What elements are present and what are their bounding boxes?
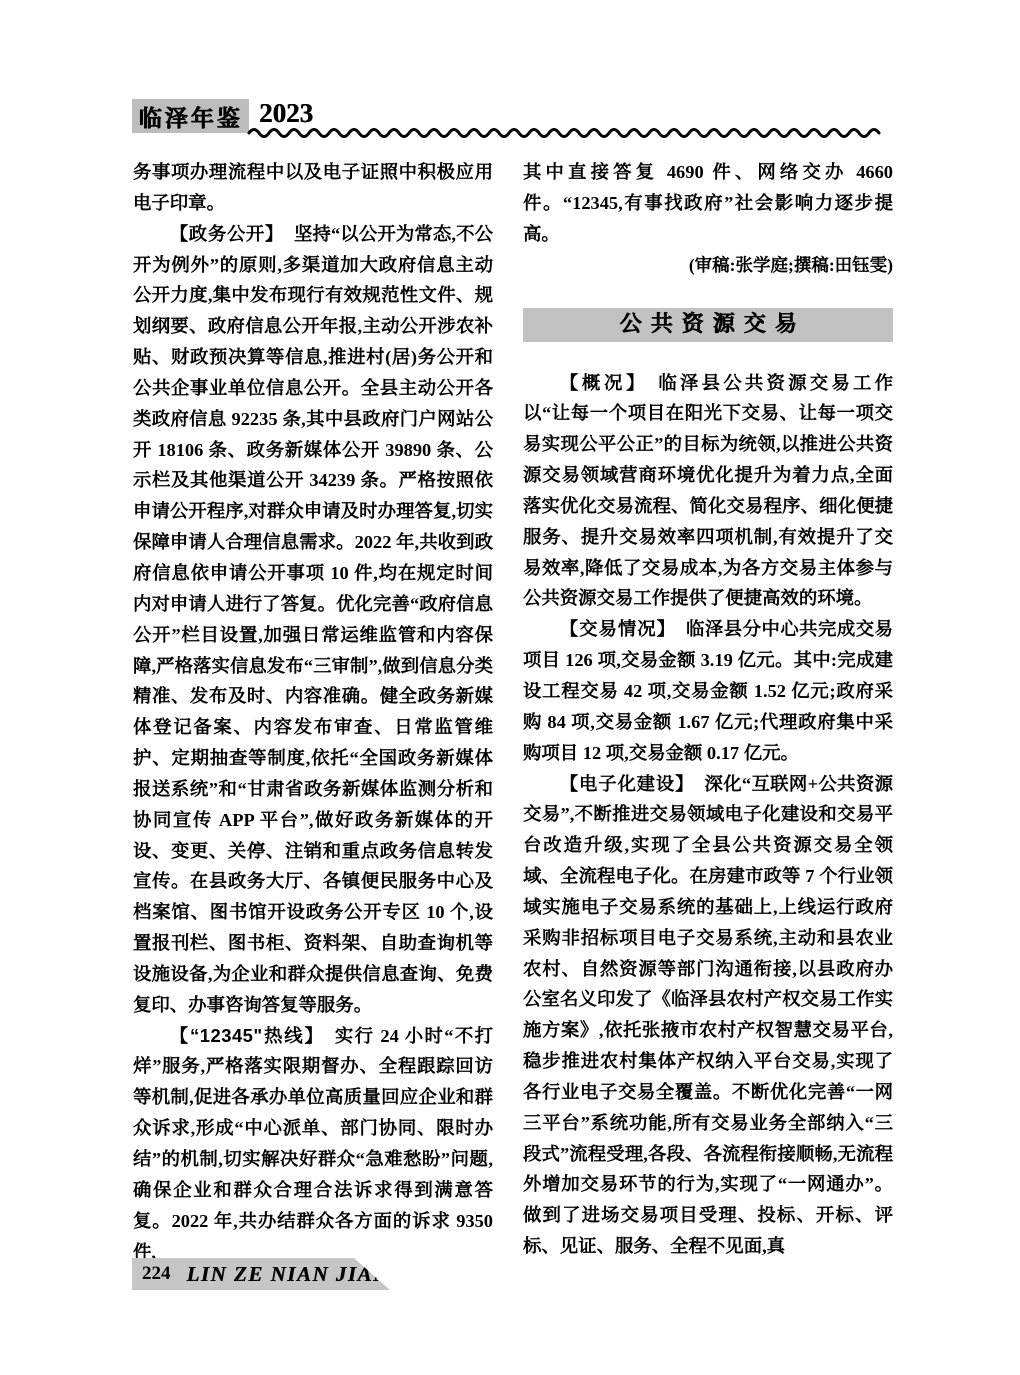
footer-banner: 224 LIN ZE NIAN JIAN	[132, 1258, 390, 1290]
paragraph-continuation: 务事项办理流程中以及电子证照中积极应用电子印章。	[133, 157, 493, 219]
yearbook-page: 临泽年鉴 2023 务事项办理流程中以及电子证照中积极应用电子印章。 【政务公开…	[0, 0, 1020, 1375]
paragraph-continuation: 其中直接答复 4690 件、网络交办 4660 件。“12345,有事找政府”社…	[523, 157, 893, 250]
section-header-box: 公共资源交易	[523, 308, 893, 342]
paragraph-text: 其中直接答复 4690 件、网络交办 4660 件。“12345,有事找政府”社…	[523, 162, 893, 244]
entry-head: 【“12345"热线】	[170, 1025, 325, 1046]
paragraph-text: 务事项办理流程中以及电子证照中积极应用电子印章。	[133, 162, 493, 213]
paragraph-text: 临泽县公共资源交易工作以“让每一个项目在阳光下交易、让每一项交易实现公平公正”的…	[523, 373, 893, 609]
paragraph-text: 实行 24 小时“不打烊”服务,严格落实限期督办、全程跟踪回访等机制,促进各承办…	[133, 1026, 493, 1262]
entry-gaikuang: 【概况】临泽县公共资源交易工作以“让每一个项目在阳光下交易、让每一项交易实现公平…	[523, 368, 893, 615]
entry-head: 【政务公开】	[170, 223, 284, 244]
left-column: 务事项办理流程中以及电子证照中积极应用电子印章。 【政务公开】坚持“以公开为常态…	[133, 157, 493, 1267]
paragraph-text: 临泽县分中心共完成交易项目 126 项,交易金额 3.19 亿元。其中:完成建设…	[523, 619, 893, 762]
right-column: 其中直接答复 4690 件、网络交办 4660 件。“12345,有事找政府”社…	[523, 157, 893, 1262]
entry-head: 【电子化建设】	[560, 773, 695, 794]
footer-page-number: 224	[142, 1263, 171, 1285]
header-title-box: 临泽年鉴	[132, 99, 249, 133]
yearbook-title: 临泽年鉴	[139, 100, 243, 133]
paragraph-text: 深化“互联网+公共资源交易”,不断推进交易领域电子化建设和交易平台改造升级,实现…	[523, 774, 893, 1257]
header-wave-rule	[247, 124, 893, 138]
footer-journal-name: LIN ZE NIAN JIAN	[187, 1262, 390, 1287]
entry-jiaoyi-qingkuang: 【交易情况】临泽县分中心共完成交易项目 126 项,交易金额 3.19 亿元。其…	[523, 614, 893, 768]
entry-zhengwu-gongkai: 【政务公开】坚持“以公开为常态,不公开为例外”的原则,多渠道加大政府信息主动公开…	[133, 219, 493, 1021]
paragraph-text: 坚持“以公开为常态,不公开为例外”的原则,多渠道加大政府信息主动公开力度,集中发…	[133, 224, 493, 1015]
entry-dianzihua-jianshe: 【电子化建设】深化“互联网+公共资源交易”,不断推进交易领域电子化建设和交易平台…	[523, 769, 893, 1263]
entry-12345-hotline: 【“12345"热线】实行 24 小时“不打烊”服务,严格落实限期督办、全程跟踪…	[133, 1021, 493, 1268]
entry-head: 【交易情况】	[560, 618, 676, 639]
entry-head: 【概况】	[560, 372, 648, 393]
attribution-line: (审稿:张学庭;撰稿:田钰雯)	[523, 250, 893, 281]
section-title: 公共资源交易	[610, 309, 805, 340]
